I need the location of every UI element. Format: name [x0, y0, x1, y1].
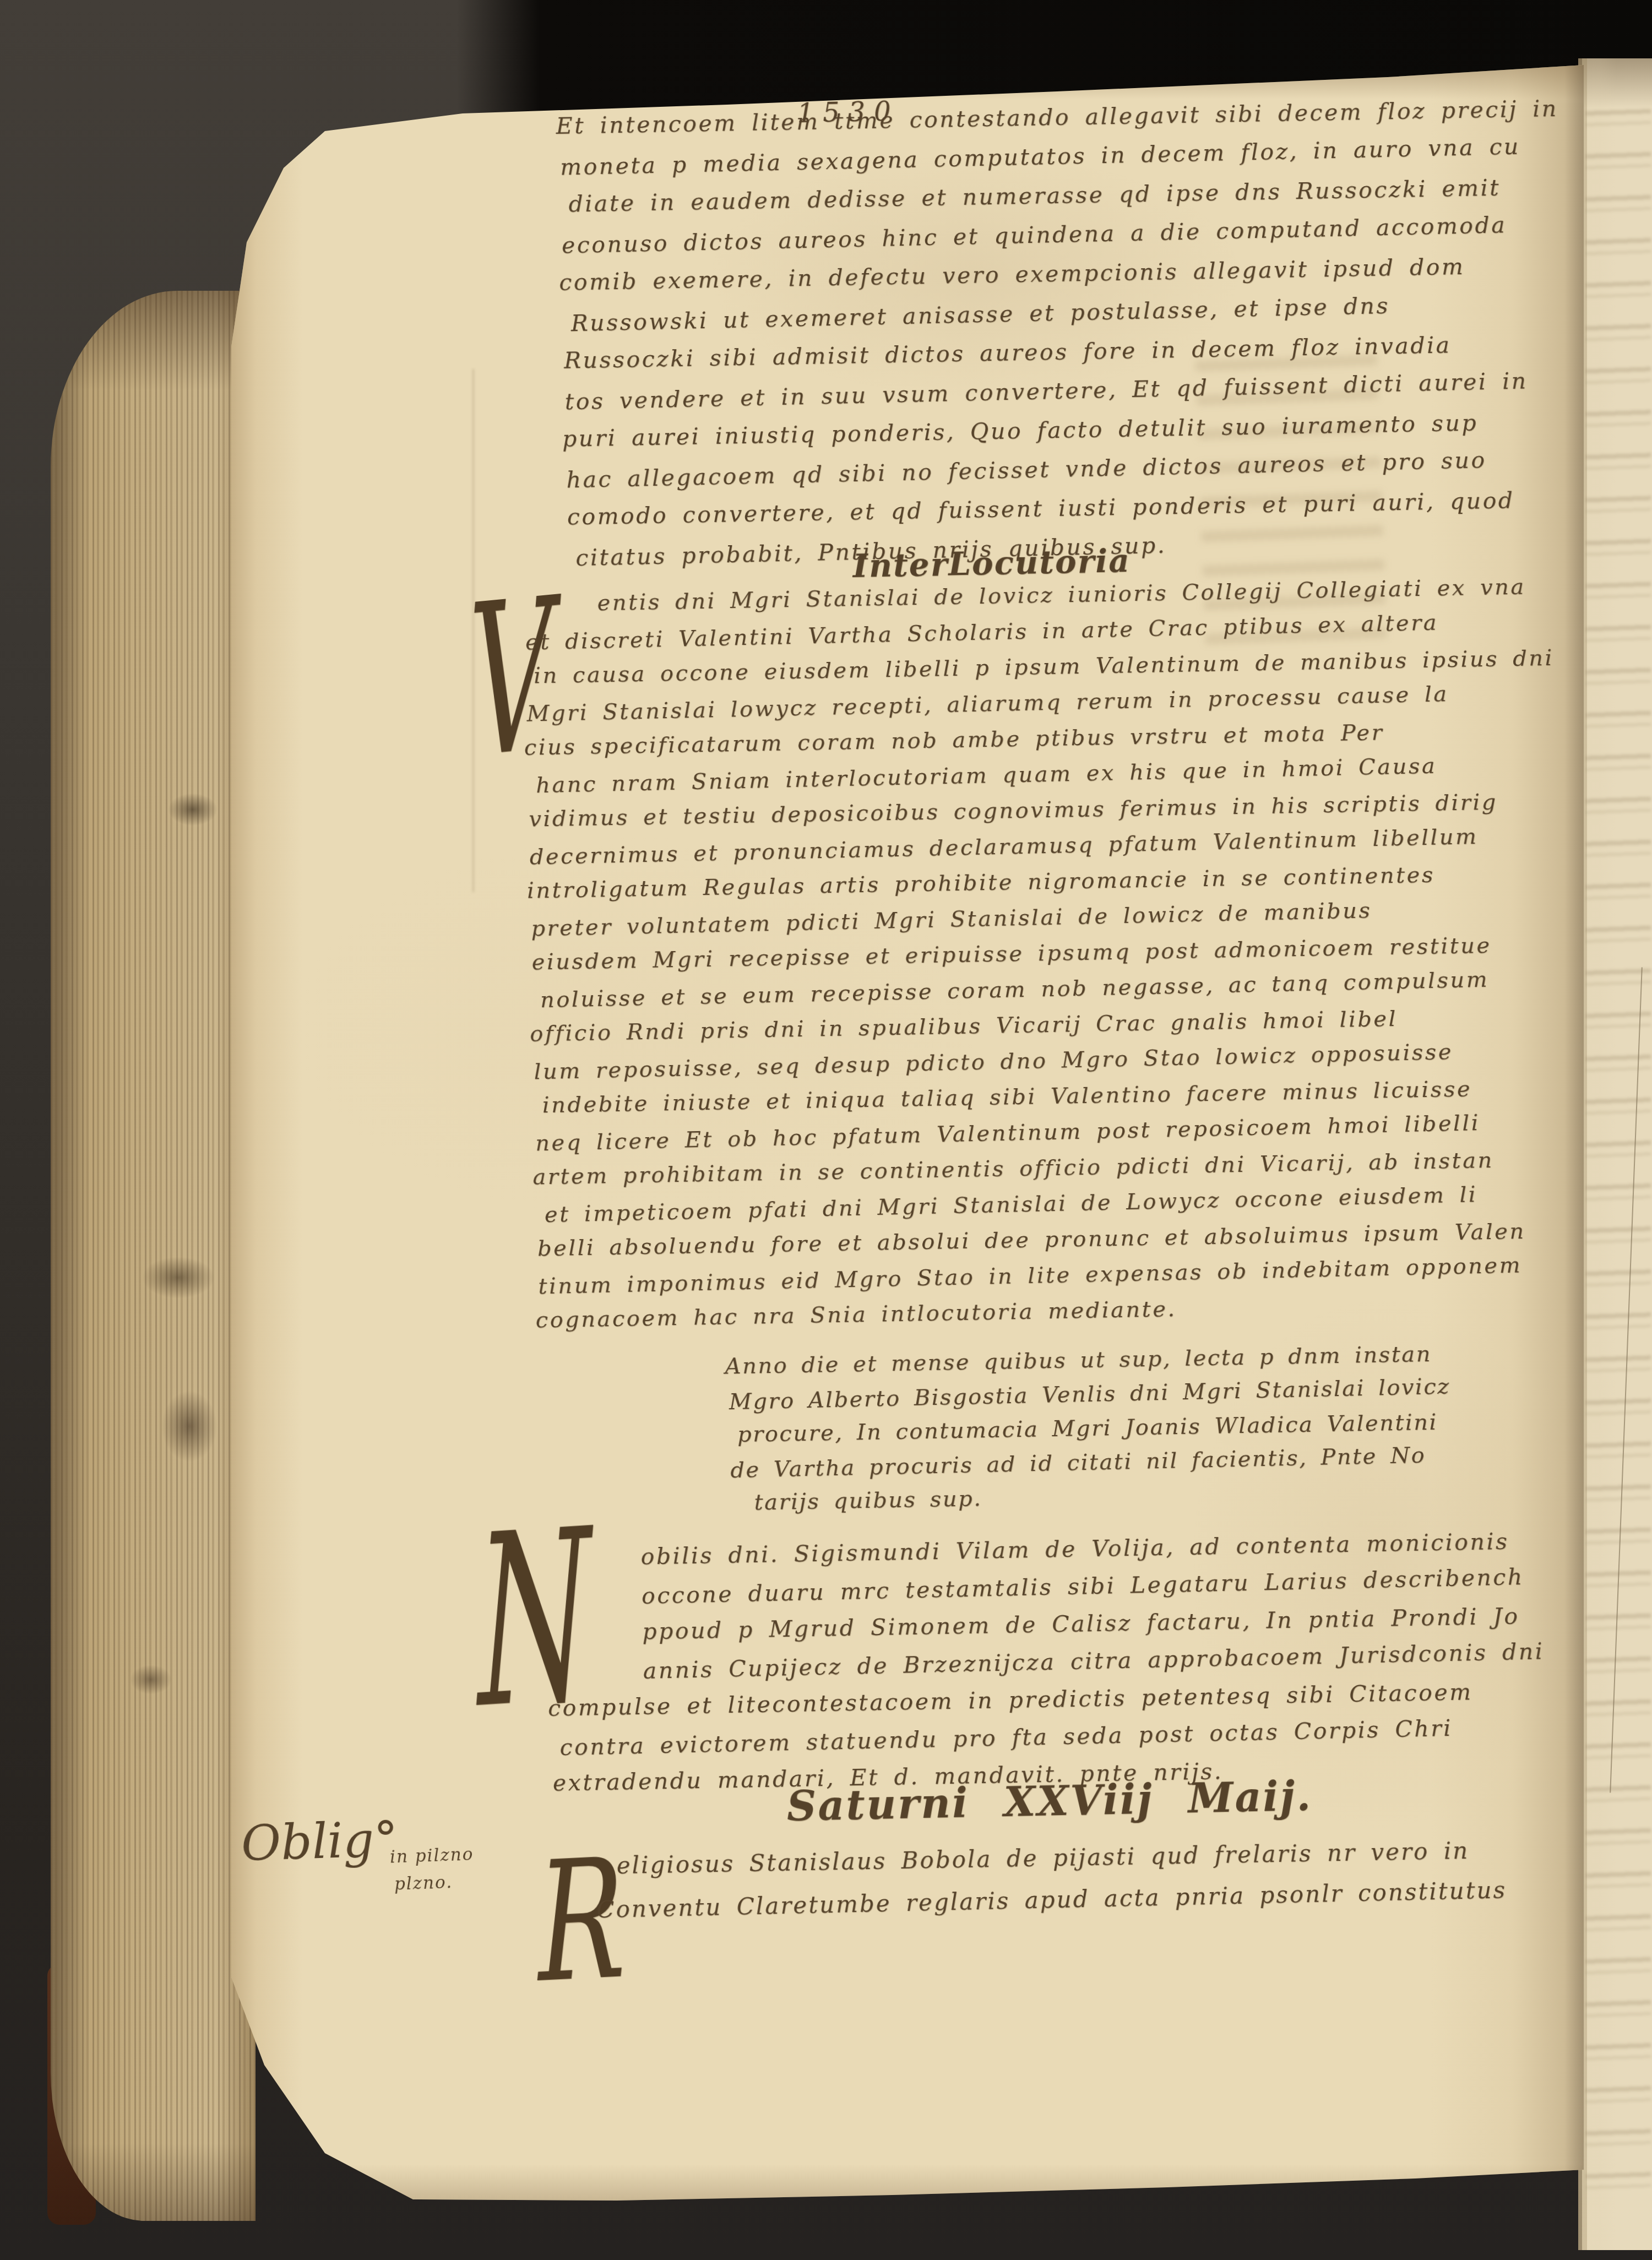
entry-interlocutoria-text: entis dni Mgri Stanislai de lovicz iunio…	[524, 568, 1567, 1340]
margin-note-place-line: plzno.	[394, 1872, 453, 1894]
entry-obligatio-text: eligiosus Stanislaus Bobola de pijasti q…	[619, 1828, 1507, 1930]
entry-allegation-text: Et intencoem litem ttme contestando alle…	[559, 88, 1567, 577]
margin-note-oblig: Oblig°	[240, 1810, 399, 1872]
facing-page-sliver	[1578, 58, 1652, 2250]
manuscript-photo: 1530 Et intencoem litem ttme contestando…	[0, 0, 1652, 2260]
book-fore-edge-stack	[51, 291, 256, 2221]
actum-note-text: Anno die et mense quibus ut sup, lecta p…	[728, 1336, 1453, 1521]
margin-note-place-line: in pilzno	[389, 1844, 474, 1867]
entry-nobilis-text: obilis dni. Sigismundi Vilam de Volija, …	[548, 1521, 1547, 1803]
ghost-writing-bleedthrough	[1586, 91, 1651, 2212]
